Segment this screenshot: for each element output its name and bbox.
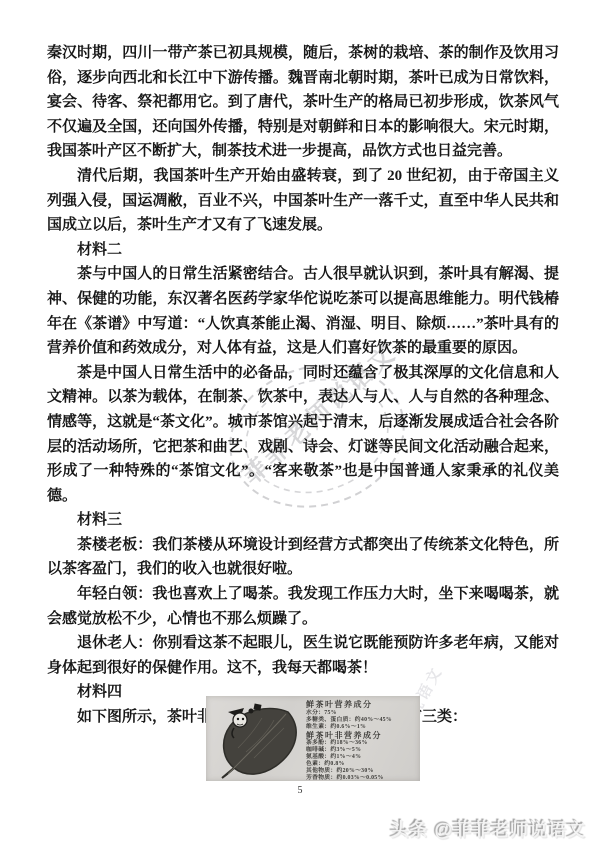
figure-line-polysaccharide: 多糖类、蛋白质：约40%～45% (306, 717, 418, 724)
material-2-heading: 材料二 (47, 238, 559, 263)
figure-nutrient-title: 鲜茶叶营养成分 (306, 700, 418, 710)
figure-line-aromatic: 芳香物质：约0.03%～0.05% (306, 775, 418, 782)
figure-text-block: 鲜茶叶营养成分 水分：75% 多糖类、蛋白质：约40%～45% 维生素：约0.6… (306, 700, 418, 782)
tea-composition-figure: 鲜茶叶营养成分 水分：75% 多糖类、蛋白质：约40%～45% 维生素：约0.6… (206, 696, 420, 781)
figure-line-caffeine: 咖啡碱：约3%～5% (306, 747, 418, 754)
figure-line-vitamin: 维生素：约0.6%～1% (306, 724, 418, 731)
figure-line-polyphenol: 茶多酚：约18%～36% (306, 740, 418, 747)
document-page: 菲菲老师说语文 菲菲老师说语文 秦汉时期，四川一带产茶已初具规模，随后，茶树的栽… (0, 0, 600, 848)
document-body: 秦汉时期，四川一带产茶已初具规模，随后，茶树的栽培、茶的制作及饮用习俗，逐步向西… (47, 41, 559, 730)
figure-non-nutrient-title: 鲜茶叶非营养成分 (306, 731, 418, 741)
leaf-illustration-icon (210, 698, 306, 779)
material-2-paragraph-1: 茶与中国人的日常生活紧密结合。古人很早就认识到，茶叶具有解渴、提神、保健的功能，… (47, 262, 559, 360)
material-3-heading: 材料三 (47, 508, 559, 533)
material-2-paragraph-2: 茶是中国人日常生活中的必备品，同时还蕴含了极其深厚的文化信息和人文精神。以茶为载… (47, 361, 559, 509)
paragraph-qing-period: 清代后期，我国茶叶生产开始由盛转衰，到了 20 世纪初，由于帝国主义列强入侵，国… (47, 164, 559, 238)
toutiao-watermark: 头条 @菲菲老师说语文 (390, 816, 586, 842)
figure-line-amino-acid: 氨基酸：约1%～4% (306, 754, 418, 761)
material-3-young-worker: 年轻白领：我也喜欢上了喝茶。我发现工作压力大时，坐下来喝喝茶，就会感觉放松不少，… (47, 582, 559, 631)
figure-line-other: 其他物质：约20%～30% (306, 768, 418, 775)
paragraph-history-continued: 秦汉时期，四川一带产茶已初具规模，随后，茶树的栽培、茶的制作及饮用习俗，逐步向西… (47, 41, 559, 164)
material-3-teahouse-owner: 茶楼老板：我们茶楼从环境设计到经营方式都突出了传统茶文化特色，所以茶客盈门，我们… (47, 533, 559, 582)
figure-line-water: 水分：75% (306, 710, 418, 717)
figure-line-pigment: 色素：约0.8% (306, 761, 418, 768)
material-3-retiree: 退休老人：你别看这茶不起眼儿，医生说它既能预防许多老年病，又能对身体起到很好的保… (47, 631, 559, 680)
page-number: 5 (0, 785, 600, 796)
